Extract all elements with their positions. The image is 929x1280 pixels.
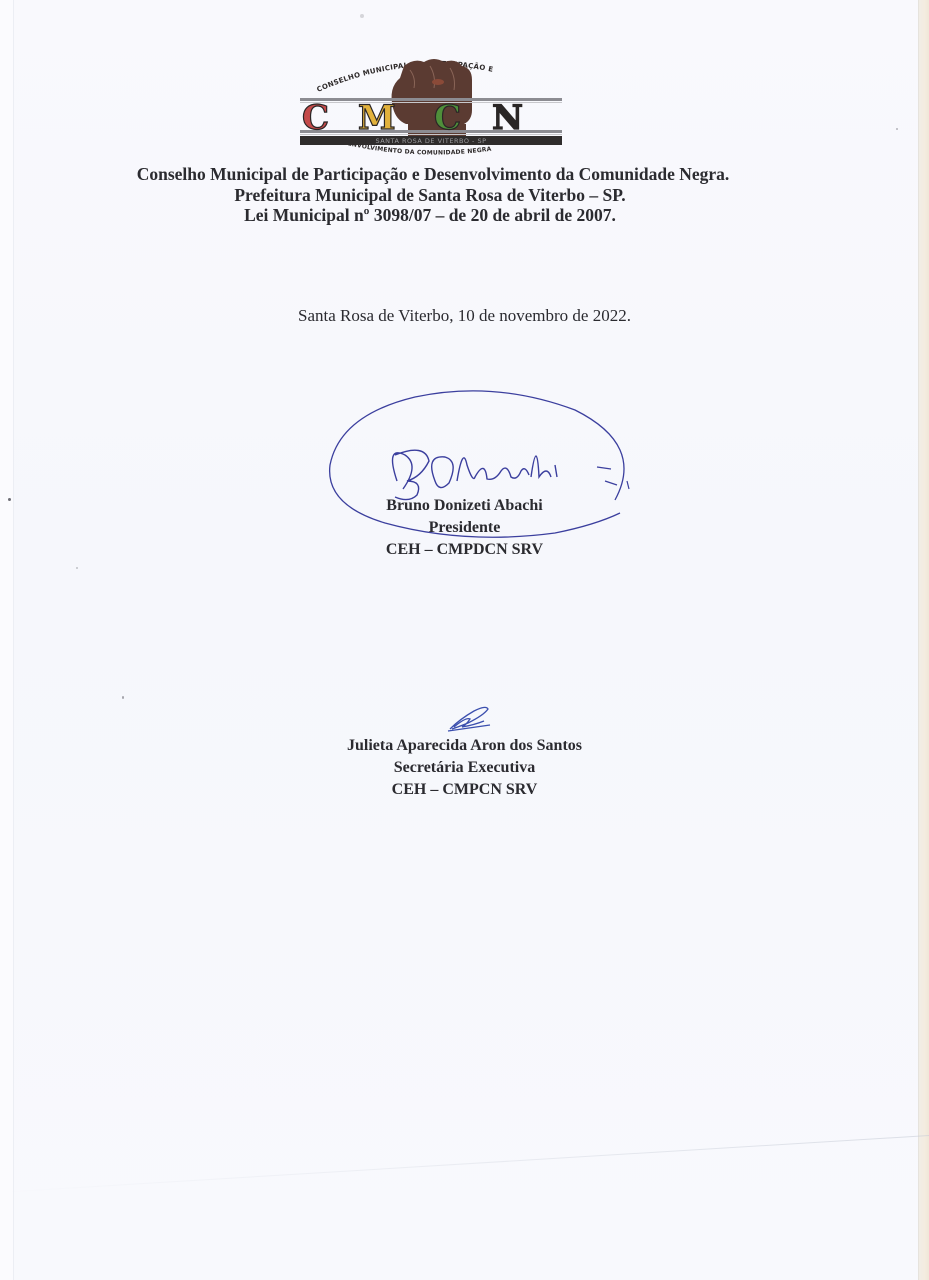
scan-speck [76, 567, 78, 569]
logo-letter-n: N [492, 98, 523, 138]
handwritten-signature-2 [440, 705, 495, 733]
logo-letter-m: M [358, 98, 396, 138]
logo-letter-c2: C [434, 98, 461, 138]
signatory-role: Presidente [0, 517, 929, 539]
scan-speck [8, 498, 11, 501]
paper-right-edge [918, 0, 929, 1280]
logo-letter-c1: C [302, 98, 329, 138]
letterhead-law: Lei Municipal nº 3098/07 – de 20 de abri… [0, 205, 860, 226]
signatory-org: CEH – CMPCN SRV [0, 779, 929, 801]
letterhead-council-name: Conselho Municipal de Participação e Des… [0, 164, 860, 185]
scan-speck [896, 128, 898, 130]
signatory-role: Secretária Executiva [0, 757, 929, 779]
letterhead: Conselho Municipal de Participação e Des… [0, 164, 860, 226]
logo-band-text: SANTA ROSA DE VITERBO - SP [375, 137, 486, 145]
paper-fold-line [2, 1135, 929, 1193]
letterhead-prefecture: Prefeitura Municipal de Santa Rosa de Vi… [0, 185, 860, 206]
document-page: CONSELHO MUNICIPAL DE PARTICIPAÇÃO E DES… [0, 0, 929, 1280]
date-line: Santa Rosa de Viterbo, 10 de novembro de… [0, 306, 929, 326]
cmcn-logo: CONSELHO MUNICIPAL DE PARTICIPAÇÃO E DES… [296, 48, 566, 166]
scan-speck [360, 14, 364, 18]
signatory-org: CEH – CMPDCN SRV [0, 539, 929, 561]
signatory-secretary: Julieta Aparecida Aron dos Santos Secret… [0, 735, 929, 801]
signatory-president: Bruno Donizeti Abachi Presidente CEH – C… [0, 495, 929, 561]
scan-speck [122, 696, 124, 699]
signatory-name: Bruno Donizeti Abachi [0, 495, 929, 517]
signatory-name: Julieta Aparecida Aron dos Santos [0, 735, 929, 757]
